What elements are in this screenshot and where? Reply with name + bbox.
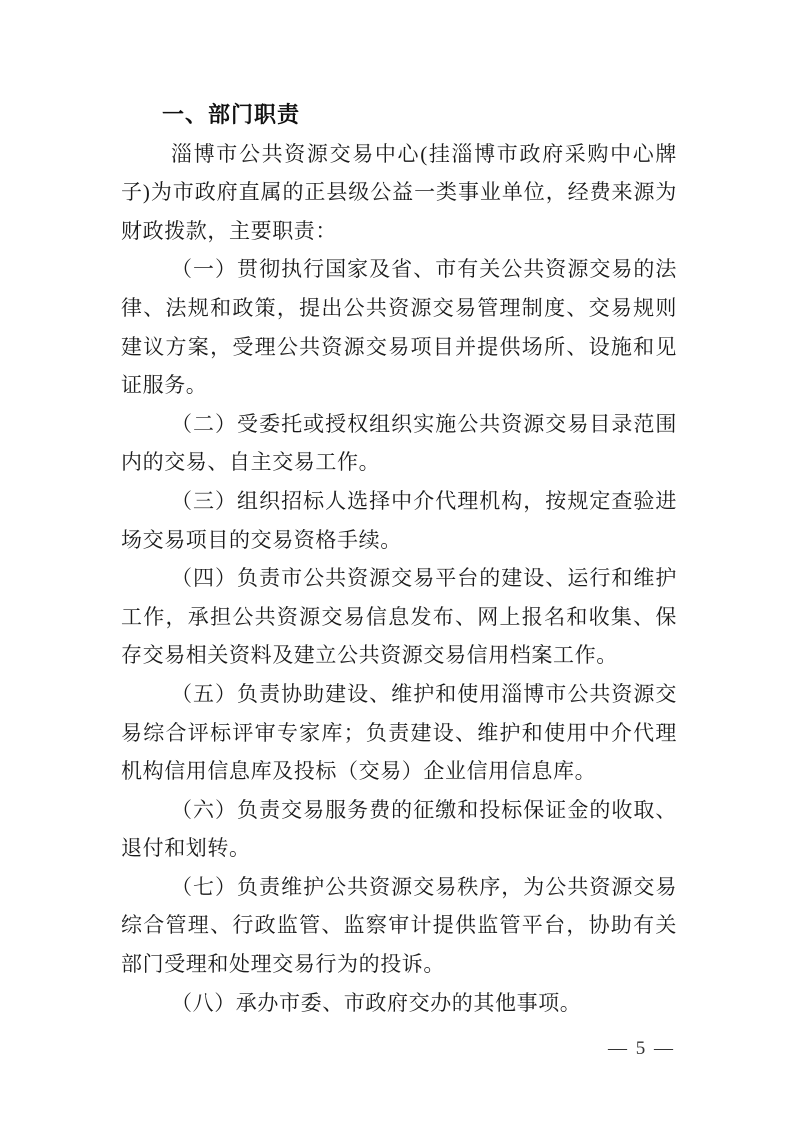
duty-item-1: （一）贯彻执行国家及省、市有关公共资源交易的法律、法规和政策，提出公共资源交易管… — [121, 250, 677, 404]
duty-item-6: （六）负责交易服务费的征缴和投标保证金的收取、退付和划转。 — [121, 791, 677, 868]
duty-item-5: （五）负责协助建设、维护和使用淄博市公共资源交易综合评标评审专家库；负责建设、维… — [121, 675, 677, 791]
section-heading: 一、部门职责 — [121, 96, 677, 135]
page-number: — 5 — — [608, 1038, 675, 1060]
duty-item-2: （二）受委托或授权组织实施公共资源交易目录范围内的交易、自主交易工作。 — [121, 405, 677, 482]
duty-item-8: （八）承办市委、市政府交办的其他事项。 — [121, 984, 677, 1023]
document-page: 一、部门职责 淄博市公共资源交易中心(挂淄博市政府采购中心牌子)为市政府直属的正… — [0, 0, 793, 1122]
duty-item-4: （四）负责市公共资源交易平台的建设、运行和维护工作，承担公共资源交易信息发布、网… — [121, 559, 677, 675]
duty-item-3: （三）组织招标人选择中介代理机构，按规定查验进场交易项目的交易资格手续。 — [121, 482, 677, 559]
document-body: 一、部门职责 淄博市公共资源交易中心(挂淄博市政府采购中心牌子)为市政府直属的正… — [121, 96, 677, 1022]
duty-item-7: （七）负责维护公共资源交易秩序，为公共资源交易综合管理、行政监管、监察审计提供监… — [121, 868, 677, 984]
intro-paragraph: 淄博市公共资源交易中心(挂淄博市政府采购中心牌子)为市政府直属的正县级公益一类事… — [121, 135, 677, 251]
